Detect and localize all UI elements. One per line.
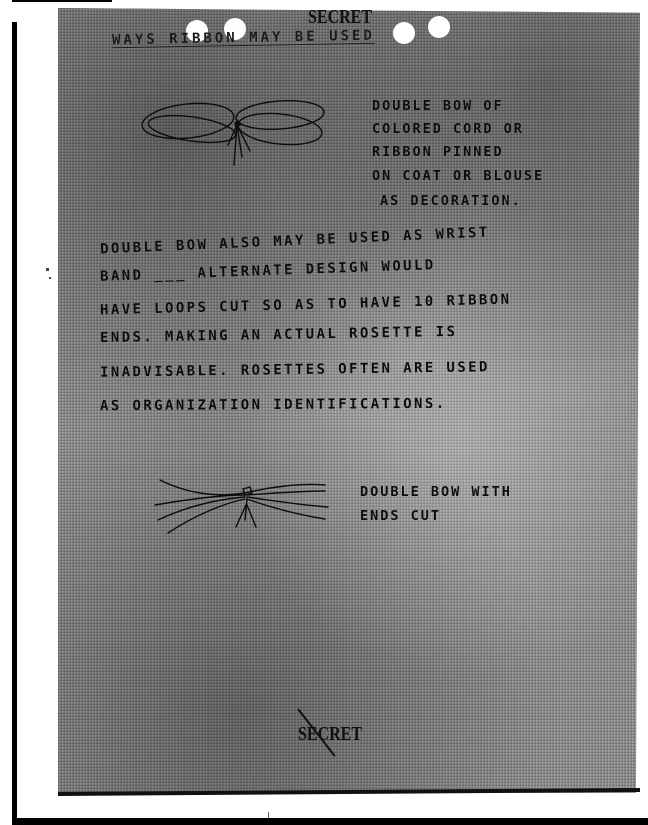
- double-bow-loops-icon: [140, 85, 340, 175]
- hole-punch-icon: [393, 22, 415, 44]
- caption-line: ENDS CUT: [360, 508, 441, 524]
- scan-frame-top: [12, 0, 112, 2]
- caption-line: ON COAT OR BLOUSE: [372, 164, 544, 188]
- scan-frame-left: [12, 22, 17, 822]
- double-bow-ends-cut-icon: [150, 475, 350, 545]
- scan-speck: [49, 277, 51, 279]
- body-line: AS ORGANIZATION IDENTIFICATIONS.: [100, 396, 447, 414]
- caption-line: RIBBON PINNED: [372, 140, 504, 164]
- scan-speck: [46, 268, 49, 271]
- scan-frame-tick: [268, 812, 269, 818]
- caption-line: DOUBLE BOW OF: [372, 94, 504, 118]
- caption-line: DOUBLE BOW WITH: [360, 484, 512, 500]
- caption-line: AS DECORATION.: [380, 189, 522, 213]
- caption-line: COLORED CORD OR: [372, 117, 524, 141]
- scan-frame-bottom: [12, 818, 648, 825]
- hole-punch-icon: [428, 16, 450, 38]
- classification-stamp-top: SECRET: [308, 6, 372, 29]
- classification-stamp-bottom: SECRET: [298, 723, 362, 746]
